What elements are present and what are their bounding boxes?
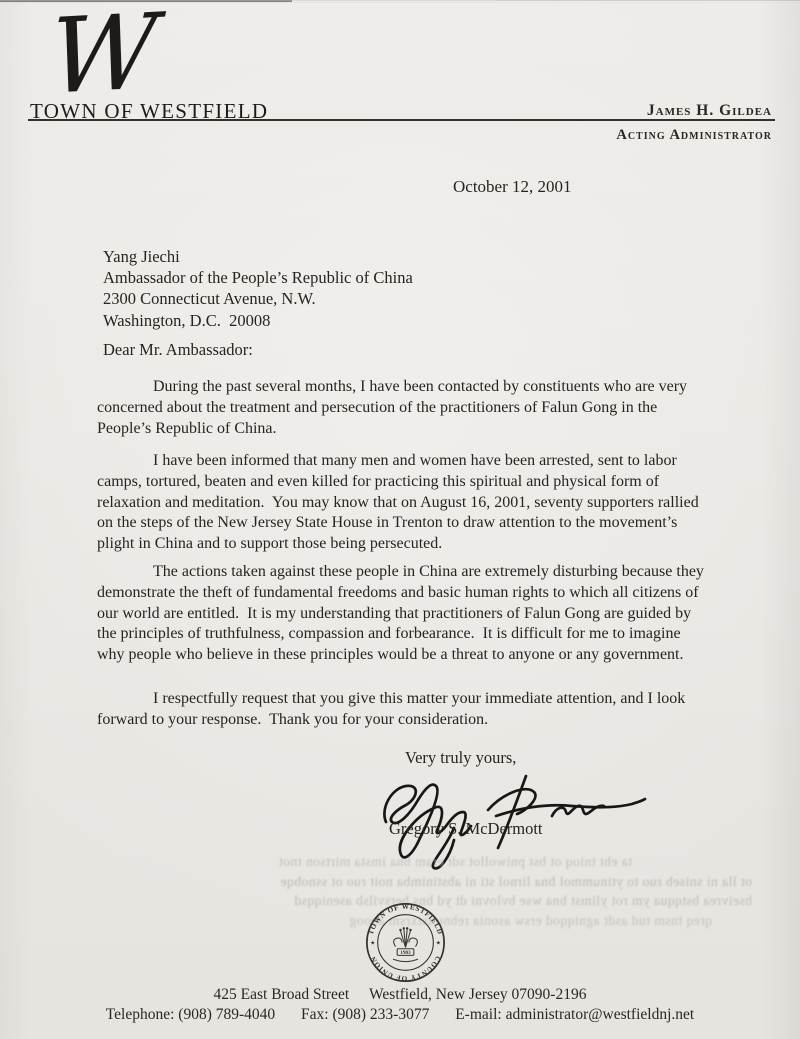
svg-text:TOWN OF WESTFIELD: TOWN OF WESTFIELD — [367, 903, 444, 936]
handwritten-signature — [376, 764, 656, 872]
footer-telephone: Telephone: (908) 789-4040 — [106, 1006, 275, 1024]
footer-address-line: 425 East Broad Street Westfield, New Jer… — [0, 986, 800, 1004]
seal-year: 1903 — [400, 950, 411, 956]
body-paragraph: I respectfully request that you give thi… — [97, 689, 709, 731]
official-title: Acting Administrator — [616, 127, 772, 144]
signer-name: Gregory S. McDermott — [389, 819, 543, 839]
seal-bottom-text: COUNTY OF UNION — [369, 954, 442, 982]
seal-star-left-icon: ★ — [370, 941, 375, 947]
seal-star-right-icon: ★ — [436, 941, 441, 947]
salutation: Dear Mr. Ambassador: — [103, 340, 253, 360]
footer-contact-line: Telephone: (908) 789-4040 Fax: (908) 233… — [0, 1006, 800, 1024]
recipient-line: Washington, D.C. 20008 — [103, 310, 413, 331]
footer-city-state-zip: Westfield, New Jersey 07090-2196 — [369, 986, 586, 1004]
svg-text:COUNTY OF UNION: COUNTY OF UNION — [369, 954, 442, 982]
body-paragraph: I have been informed that many men and w… — [97, 451, 709, 555]
bleed-through-line: ot lla ni sniseb ruo to ytinummol bna li… — [92, 872, 752, 892]
footer-street: 425 East Broad Street — [214, 986, 350, 1004]
seal-top-text: TOWN OF WESTFIELD — [367, 903, 444, 936]
footer-fax: Fax: (908) 233-3077 — [301, 1006, 429, 1024]
footer-email: E-mail: administrator@westfieldnj.net — [455, 1006, 694, 1024]
westfield-w-logo: W — [47, 0, 160, 112]
date-line: October 12, 2001 — [453, 177, 572, 197]
recipient-line: Yang Jiechi — [103, 246, 413, 267]
official-name: James H. Gildea — [647, 102, 772, 120]
seal-crest — [393, 927, 418, 961]
recipient-line: 2300 Connecticut Avenue, N.W. — [103, 288, 413, 309]
body-paragraph: The actions taken against these people i… — [97, 562, 709, 666]
recipient-line: Ambassador of the People’s Republic of C… — [103, 267, 413, 288]
recipient-address-block: Yang Jiechi Ambassador of the People’s R… — [103, 246, 413, 331]
scanned-letter-page: W TOWN OF WESTFIELD James H. Gildea Acti… — [0, 0, 800, 1039]
town-seal: TOWN OF WESTFIELD COUNTY OF UNION ★ ★ 19… — [364, 901, 447, 984]
body-paragraph: During the past several months, I have b… — [97, 377, 709, 439]
